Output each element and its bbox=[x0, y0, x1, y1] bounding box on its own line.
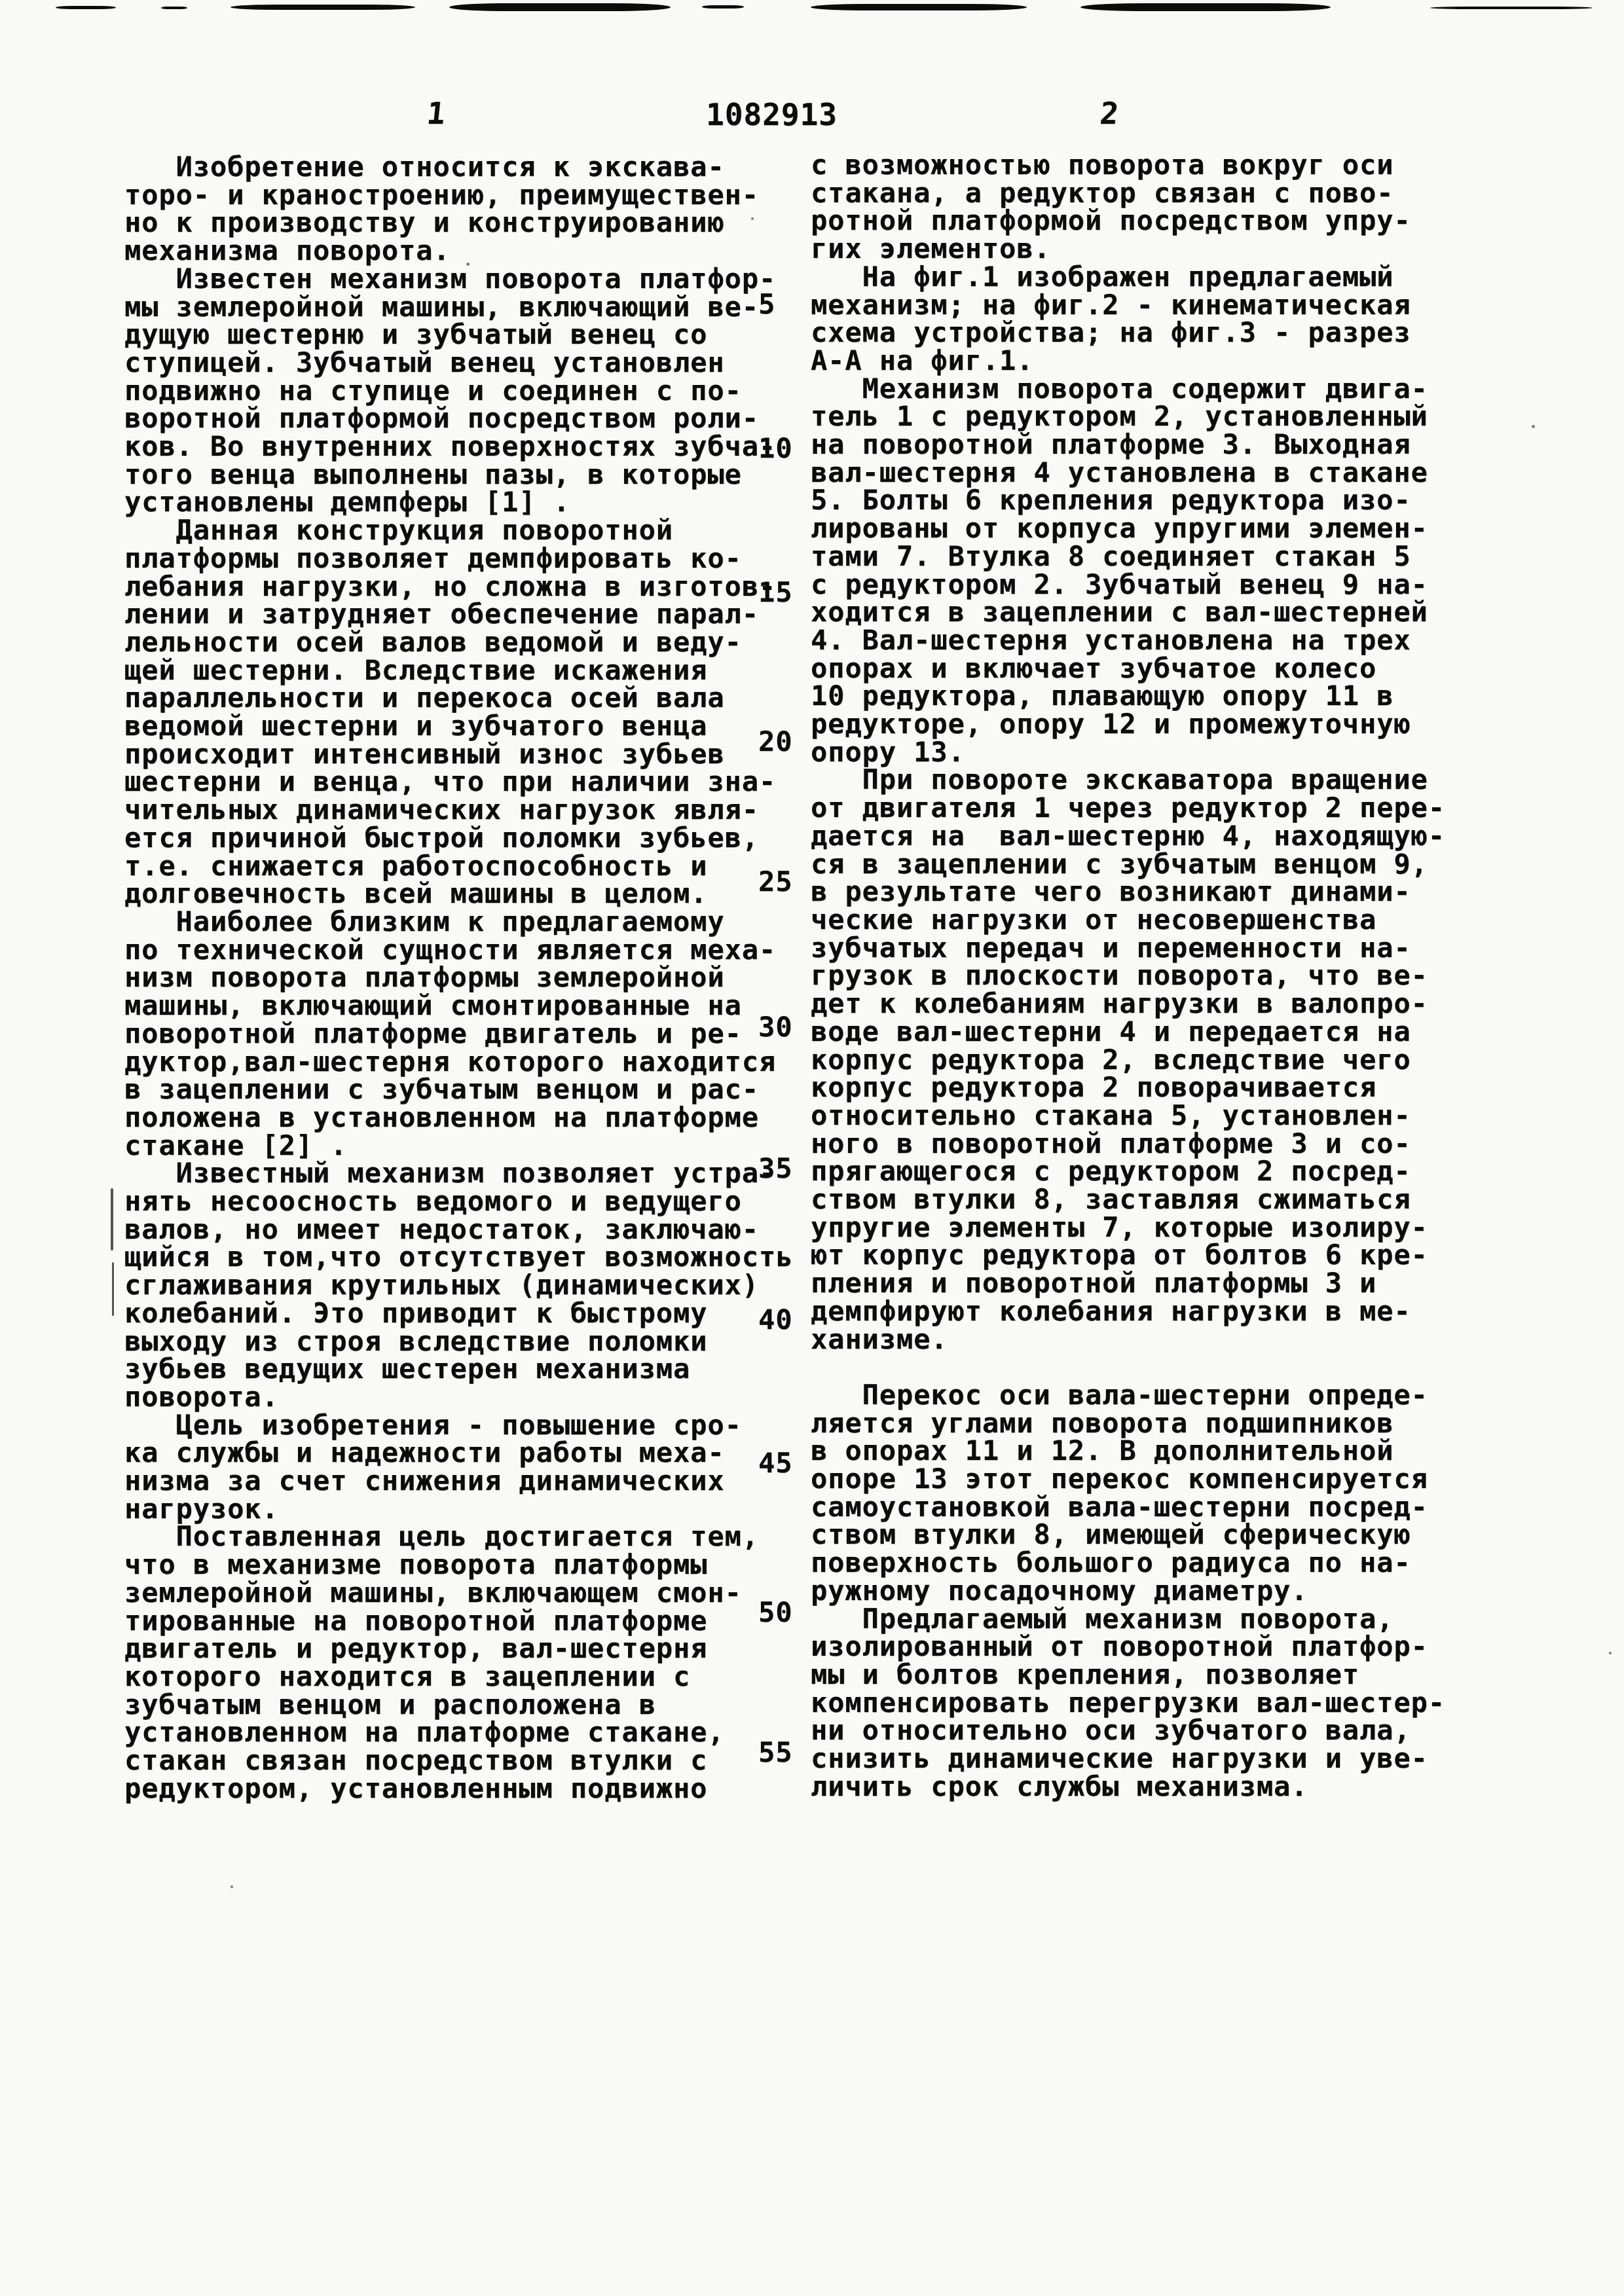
margin-line-number: 15 bbox=[758, 579, 793, 606]
margin-line-number: 20 bbox=[758, 728, 793, 756]
margin-line-number: 50 bbox=[758, 1599, 793, 1626]
scan-artifact bbox=[702, 5, 744, 9]
scan-artifact bbox=[1080, 3, 1331, 11]
scan-artifact bbox=[112, 1262, 114, 1316]
patent-page: 1 1082913 2 Изобретение относится к экск… bbox=[0, 0, 1624, 2296]
scan-artifact bbox=[231, 5, 415, 10]
page-number-left: 1 bbox=[426, 98, 447, 128]
left-column-text: Изобретение относится к экскава- торо- и… bbox=[124, 153, 793, 1802]
scan-artifact bbox=[231, 1886, 233, 1888]
patent-number: 1082913 bbox=[706, 100, 830, 130]
scan-artifact bbox=[466, 263, 470, 266]
right-column-text: с возможностью поворота вокруг оси стака… bbox=[811, 151, 1445, 1800]
margin-line-number: 25 bbox=[758, 868, 793, 896]
scan-artifact bbox=[111, 1188, 113, 1250]
scan-artifact bbox=[56, 6, 116, 9]
scan-artifact bbox=[449, 3, 671, 11]
scan-artifact bbox=[751, 217, 754, 220]
scan-artifact bbox=[1609, 1652, 1612, 1654]
scan-artifact bbox=[1532, 425, 1535, 428]
margin-line-number: 35 bbox=[758, 1155, 793, 1182]
scan-artifact bbox=[1430, 7, 1593, 9]
margin-line-number: 55 bbox=[758, 1739, 793, 1766]
margin-line-number: 10 bbox=[758, 435, 793, 462]
margin-line-number: 5 bbox=[758, 291, 775, 318]
margin-line-number: 45 bbox=[758, 1449, 793, 1477]
scan-artifact bbox=[161, 7, 187, 9]
page-number-right: 2 bbox=[1099, 98, 1120, 128]
margin-line-number: 40 bbox=[758, 1306, 793, 1334]
scan-artifact bbox=[811, 4, 1027, 10]
margin-line-number: 30 bbox=[758, 1013, 793, 1041]
